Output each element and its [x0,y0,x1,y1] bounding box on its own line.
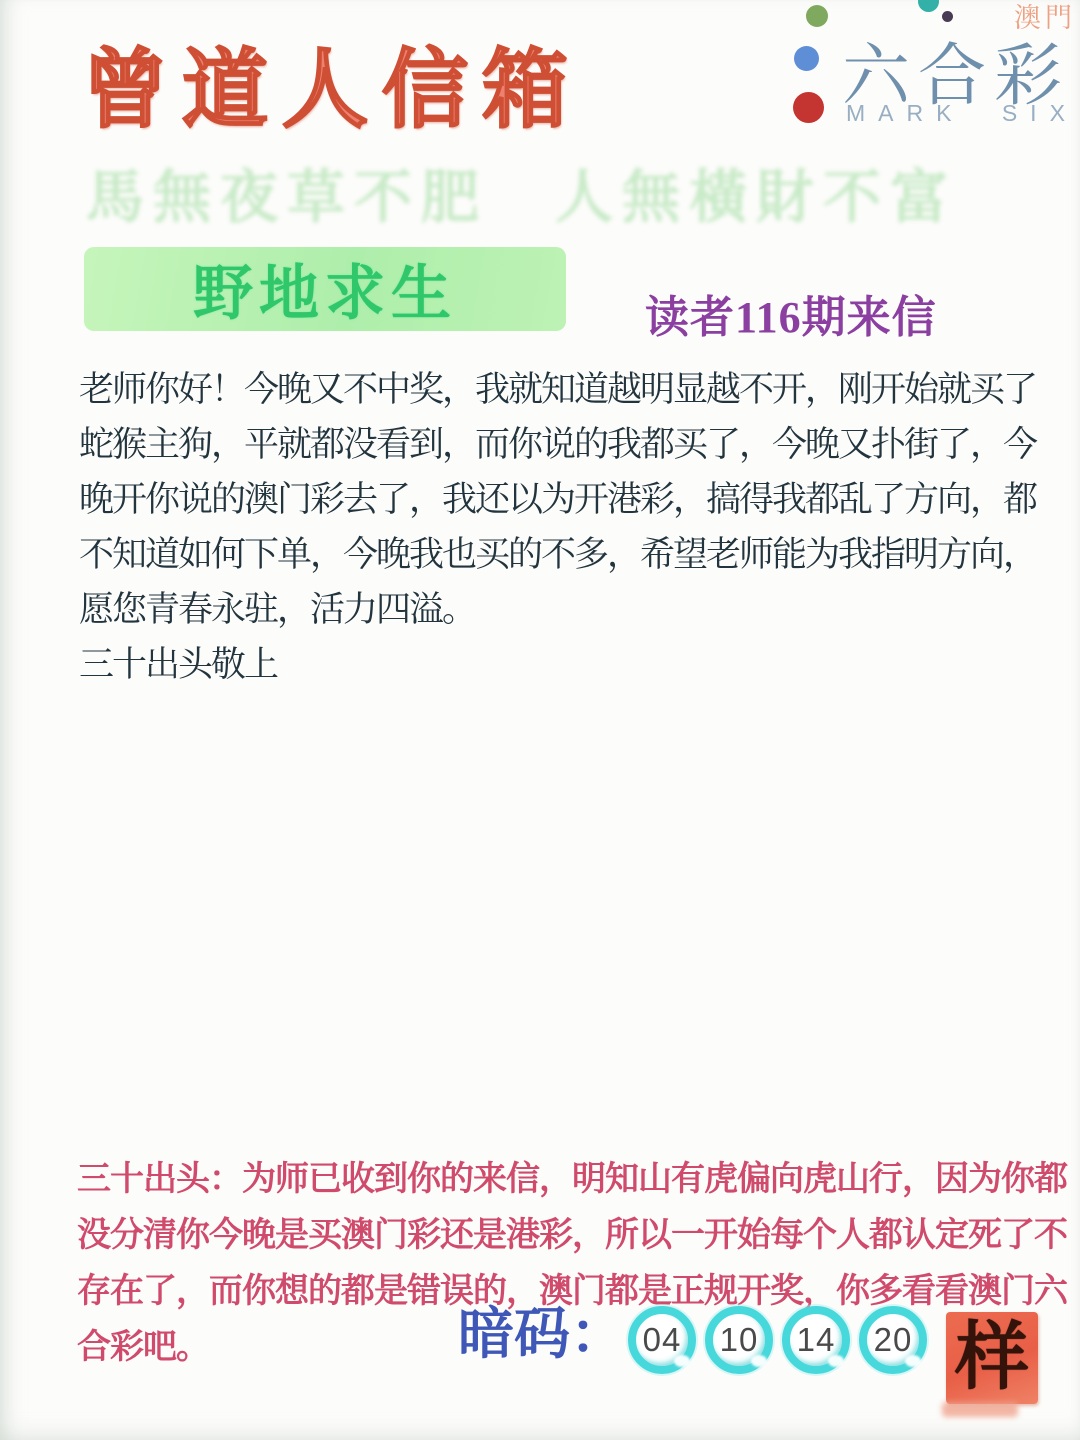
teal-dot-icon [918,0,939,12]
section-banner: 野地求生 [84,247,566,331]
letter-line: 晚开你说的澳门彩去了，我还以为开港彩，搞得我都乱了方向，都 [79,472,1036,527]
letter-line: 蛇猴主狗，平就都没看到，而你说的我都买了，今晚又扑街了，今 [79,417,1036,472]
letter-line: 老师你好！今晚又不中奖，我就知道越明显越不开，刚开始就买了 [79,362,1036,417]
lottery-ball: 14 [782,1306,850,1374]
mark-six-logo: 澳門 六合彩 MARK SIX [780,0,1080,145]
lottery-ball-number: 20 [874,1321,913,1359]
letter-line: 不知道如何下单，今晚我也买的不多，希望老师能为我指明方向， [79,527,1036,582]
lottery-ball: 20 [859,1306,927,1374]
lottery-ball-number: 14 [797,1321,836,1359]
page-title: 曾道人信箱 [82,20,582,144]
logo-name-english: MARK SIX [846,100,1078,127]
letter-line: 愿您青春永驻，活力四溢。 [79,582,1036,637]
blue-dot-icon [794,46,819,71]
sample-stamp-text: 样 [955,1321,1029,1395]
faded-slogan: 馬無夜草不肥 人無橫財不富 [86,150,957,234]
letter-signature: 三十出头敬上 [79,637,1036,692]
issue-badge: 读者116期来信 [645,281,937,345]
lottery-ball: 10 [705,1306,773,1374]
lottery-ball-number: 10 [720,1321,759,1359]
lottery-ball-number: 04 [643,1321,682,1359]
reply-line: 三十出头：为师已收到你的来信，明知山有虎偏向虎山行，因为你都 [77,1152,1067,1208]
reply-line: 没分清你今晚是买澳门彩还是港彩，所以一开始每个人都认定死了不 [77,1208,1067,1264]
lottery-ball: 04 [628,1306,696,1374]
sample-stamp: 样 [946,1312,1038,1404]
red-dot-icon [793,92,824,123]
banner-title: 野地求生 [193,246,457,332]
green-dot-icon [806,5,828,27]
purple-dot-icon [942,11,953,22]
secret-code-label: 暗码： [458,1290,626,1370]
poster-page: 曾道人信箱 澳門 六合彩 MARK SIX 馬無夜草不肥 人無橫財不富 野地求生… [0,0,1080,1440]
reader-letter: 老师你好！今晚又不中奖，我就知道越明显越不开，刚开始就买了 蛇猴主狗，平就都没看… [79,362,1036,692]
